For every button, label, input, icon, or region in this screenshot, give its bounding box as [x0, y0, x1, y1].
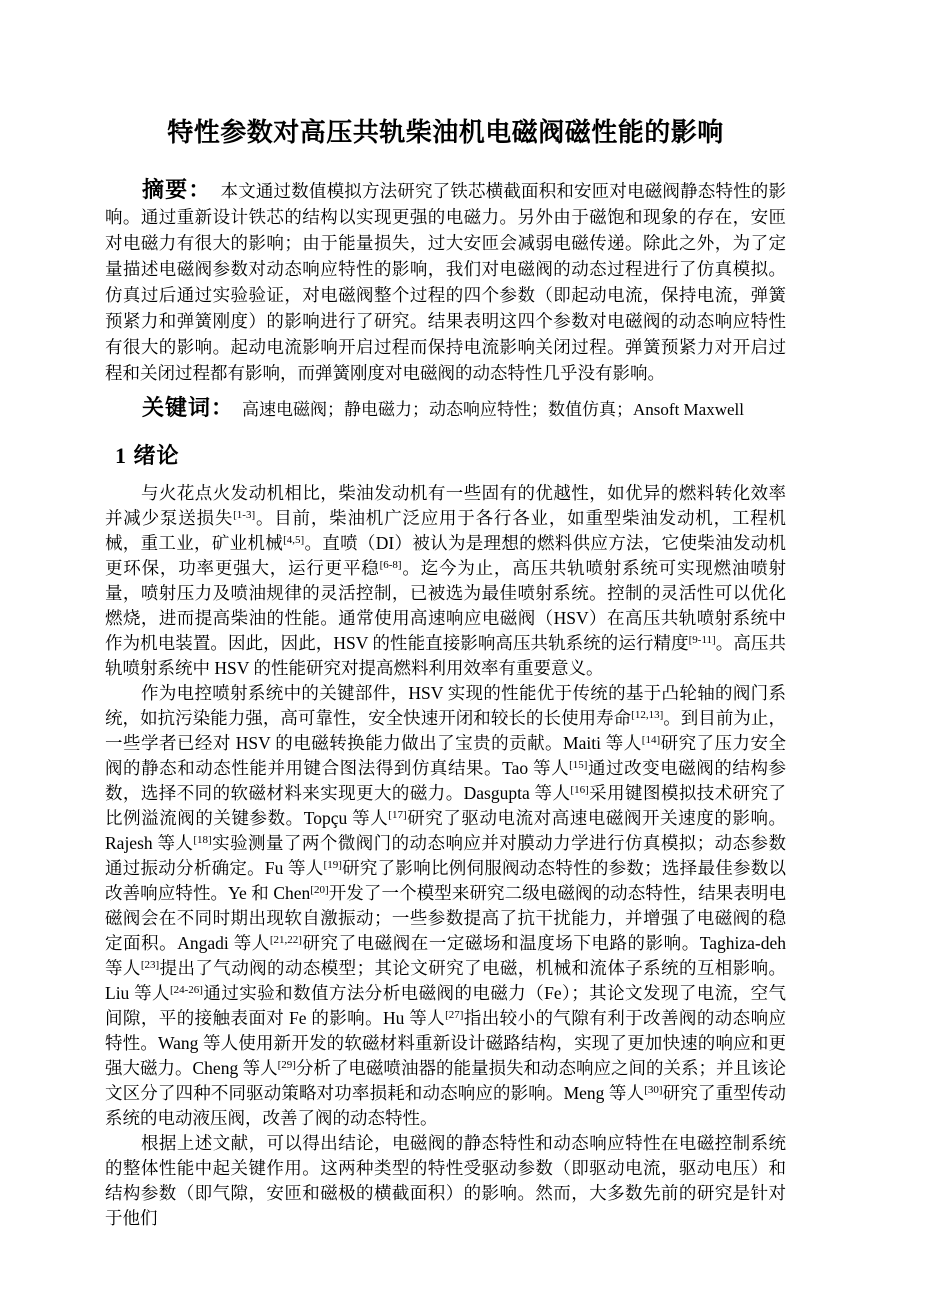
citation-ref: [19] [324, 859, 342, 871]
citation-ref: [9-11] [689, 634, 716, 646]
citation-ref: [12,13] [631, 709, 663, 721]
citation-ref: [20] [310, 884, 328, 896]
citation-ref: [23] [141, 959, 159, 971]
citation-ref: [21,22] [270, 934, 302, 946]
citation-ref: [24-26] [170, 984, 203, 996]
citation-ref: [29] [278, 1059, 296, 1071]
keywords-text: 高速电磁阀；静电磁力；动态响应特性；数值仿真；Ansoft Maxwell [242, 400, 744, 419]
citation-ref: [30] [644, 1084, 662, 1096]
keywords-label: 关键词： [142, 395, 234, 420]
citation-ref: [4,5] [283, 534, 304, 546]
citation-ref: [14] [642, 734, 660, 746]
citation-ref: [6-8] [380, 559, 402, 571]
paper-title: 特性参数对高压共轨柴油机电磁阀磁性能的影响 [105, 116, 786, 150]
citation-ref: [15] [569, 759, 587, 771]
paragraph-2: 作为电控喷射系统中的关键部件，HSV 实现的性能优于传统的基于凸轮轴的阀门系统，… [105, 681, 786, 1131]
citation-ref: [27] [445, 1009, 463, 1021]
paragraph-3: 根据上述文献，可以得出结论，电磁阀的静态特性和动态响应特性在电磁控制系统的整体性… [105, 1131, 786, 1231]
paragraph-1: 与火花点火发动机相比，柴油发动机有一些固有的优越性，如优异的燃料转化效率并减少泵… [105, 481, 786, 681]
abstract-label: 摘要： [142, 177, 212, 202]
section-body: 与火花点火发动机相比，柴油发动机有一些固有的优越性，如优异的燃料转化效率并减少泵… [105, 481, 786, 1231]
citation-ref: [1-3] [233, 509, 255, 521]
abstract-text: 本文通过数值模拟方法研究了铁芯横截面积和安匝对电磁阀静态特性的影响。通过重新设计… [105, 181, 786, 383]
document-page: 特性参数对高压共轨柴油机电磁阀磁性能的影响 摘要：本文通过数值模拟方法研究了铁芯… [0, 0, 925, 1309]
keywords: 关键词：高速电磁阀；静电磁力；动态响应特性；数值仿真；Ansoft Maxwel… [105, 393, 786, 425]
abstract: 摘要：本文通过数值模拟方法研究了铁芯横截面积和安匝对电磁阀静态特性的影响。通过重… [105, 177, 786, 386]
citation-ref: [18] [193, 834, 211, 846]
citation-ref: [17] [388, 809, 406, 821]
section-heading-introduction: 1 绪论 [105, 442, 786, 470]
citation-ref: [16] [570, 784, 588, 796]
